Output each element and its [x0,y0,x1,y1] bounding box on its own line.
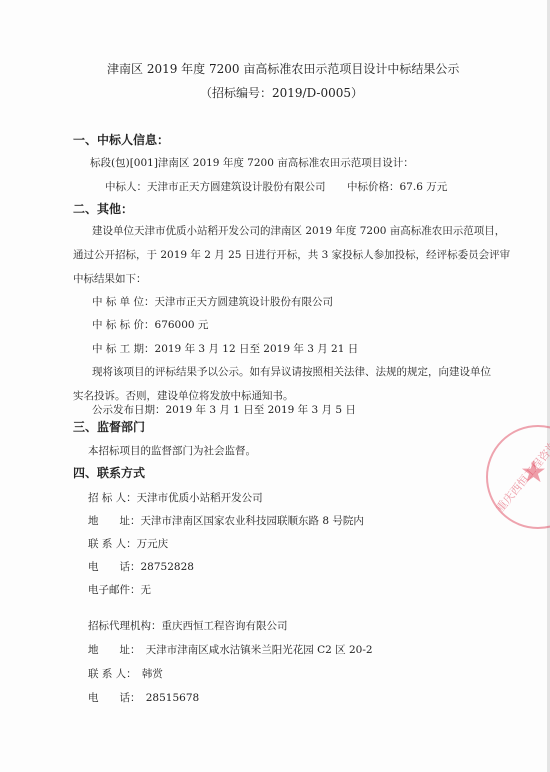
document-title: 津南区 2019 年度 7200 亩高标准农田示范项目设计中标结果公示 [107,62,459,76]
agency-name: 招标代理机构：重庆西恒工程咨询有限公司 [88,619,288,633]
winner-name: 中标人：天津市正天方圆建筑设计股份有限公司 [105,180,326,194]
document-page: 津南区 2019 年度 7200 亩高标准农田示范项目设计中标结果公示 （招标编… [0,0,550,772]
winning-unit: 中 标 单 位：天津市正天方圆建筑设计股份有限公司 [92,295,333,309]
agency-phone: 电 话： 28515678 [88,691,199,705]
winning-period: 中 标 工 期：2019 年 3 月 12 日至 2019 年 3 月 21 日 [92,342,358,356]
paragraph-line: 中标结果如下： [73,272,147,286]
tenderer-address: 地 址：天津市津南区国家农业科技园联顺东路 8 号院内 [88,514,364,528]
lot-description: 标段(包)[001]津南区 2019 年度 7200 亩高标准农田示范项目设计： [90,156,414,170]
tender-number: （招标编号：2019/D-0005） [200,86,363,100]
publish-date: 公示发布日期：2019 年 3 月 1 日至 2019 年 3 月 5 日 [92,403,356,417]
tenderer-email: 电子邮件：无 [88,583,151,597]
tenderer-phone: 电 话：28752828 [88,560,194,574]
paragraph-line: 实名投诉。否则，建设单位将发放中标通知书。 [73,389,294,403]
tenderer-name: 招 标 人：天津市优质小站稻开发公司 [88,491,263,505]
winner-price: 中标价格：67.6 万元 [347,180,447,194]
tenderer-contact: 联 系 人：万元庆 [88,537,168,551]
agency-contact: 联 系 人： 韩赏 [88,667,163,681]
section-heading-supervision: 三、监督部门 [73,420,145,434]
agency-address: 地 址： 天津市津南区咸水沽镇米兰阳光花园 C2 区 20-2 [88,643,373,657]
supervision-text: 本招标项目的监督部门为社会监督。 [88,444,256,458]
winning-price: 中 标 标 价：676000 元 [92,318,208,332]
section-heading-contact: 四、联系方式 [73,466,145,480]
paragraph-line: 通过公开招标，于 2019 年 2 月 25 日进行开标，共 3 家投标人参加投… [73,248,510,262]
paragraph-line: 建设单位天津市优质小站稻开发公司的津南区 2019 年度 7200 亩高标准农田… [92,224,505,238]
section-heading-other: 二、其他： [73,202,133,216]
section-heading-winner-info: 一、中标人信息： [73,133,169,147]
paragraph-line: 现将该项目的评标结果予以公示。如有异议请按照相关法律、法规的规定，向建设单位 [92,365,491,379]
